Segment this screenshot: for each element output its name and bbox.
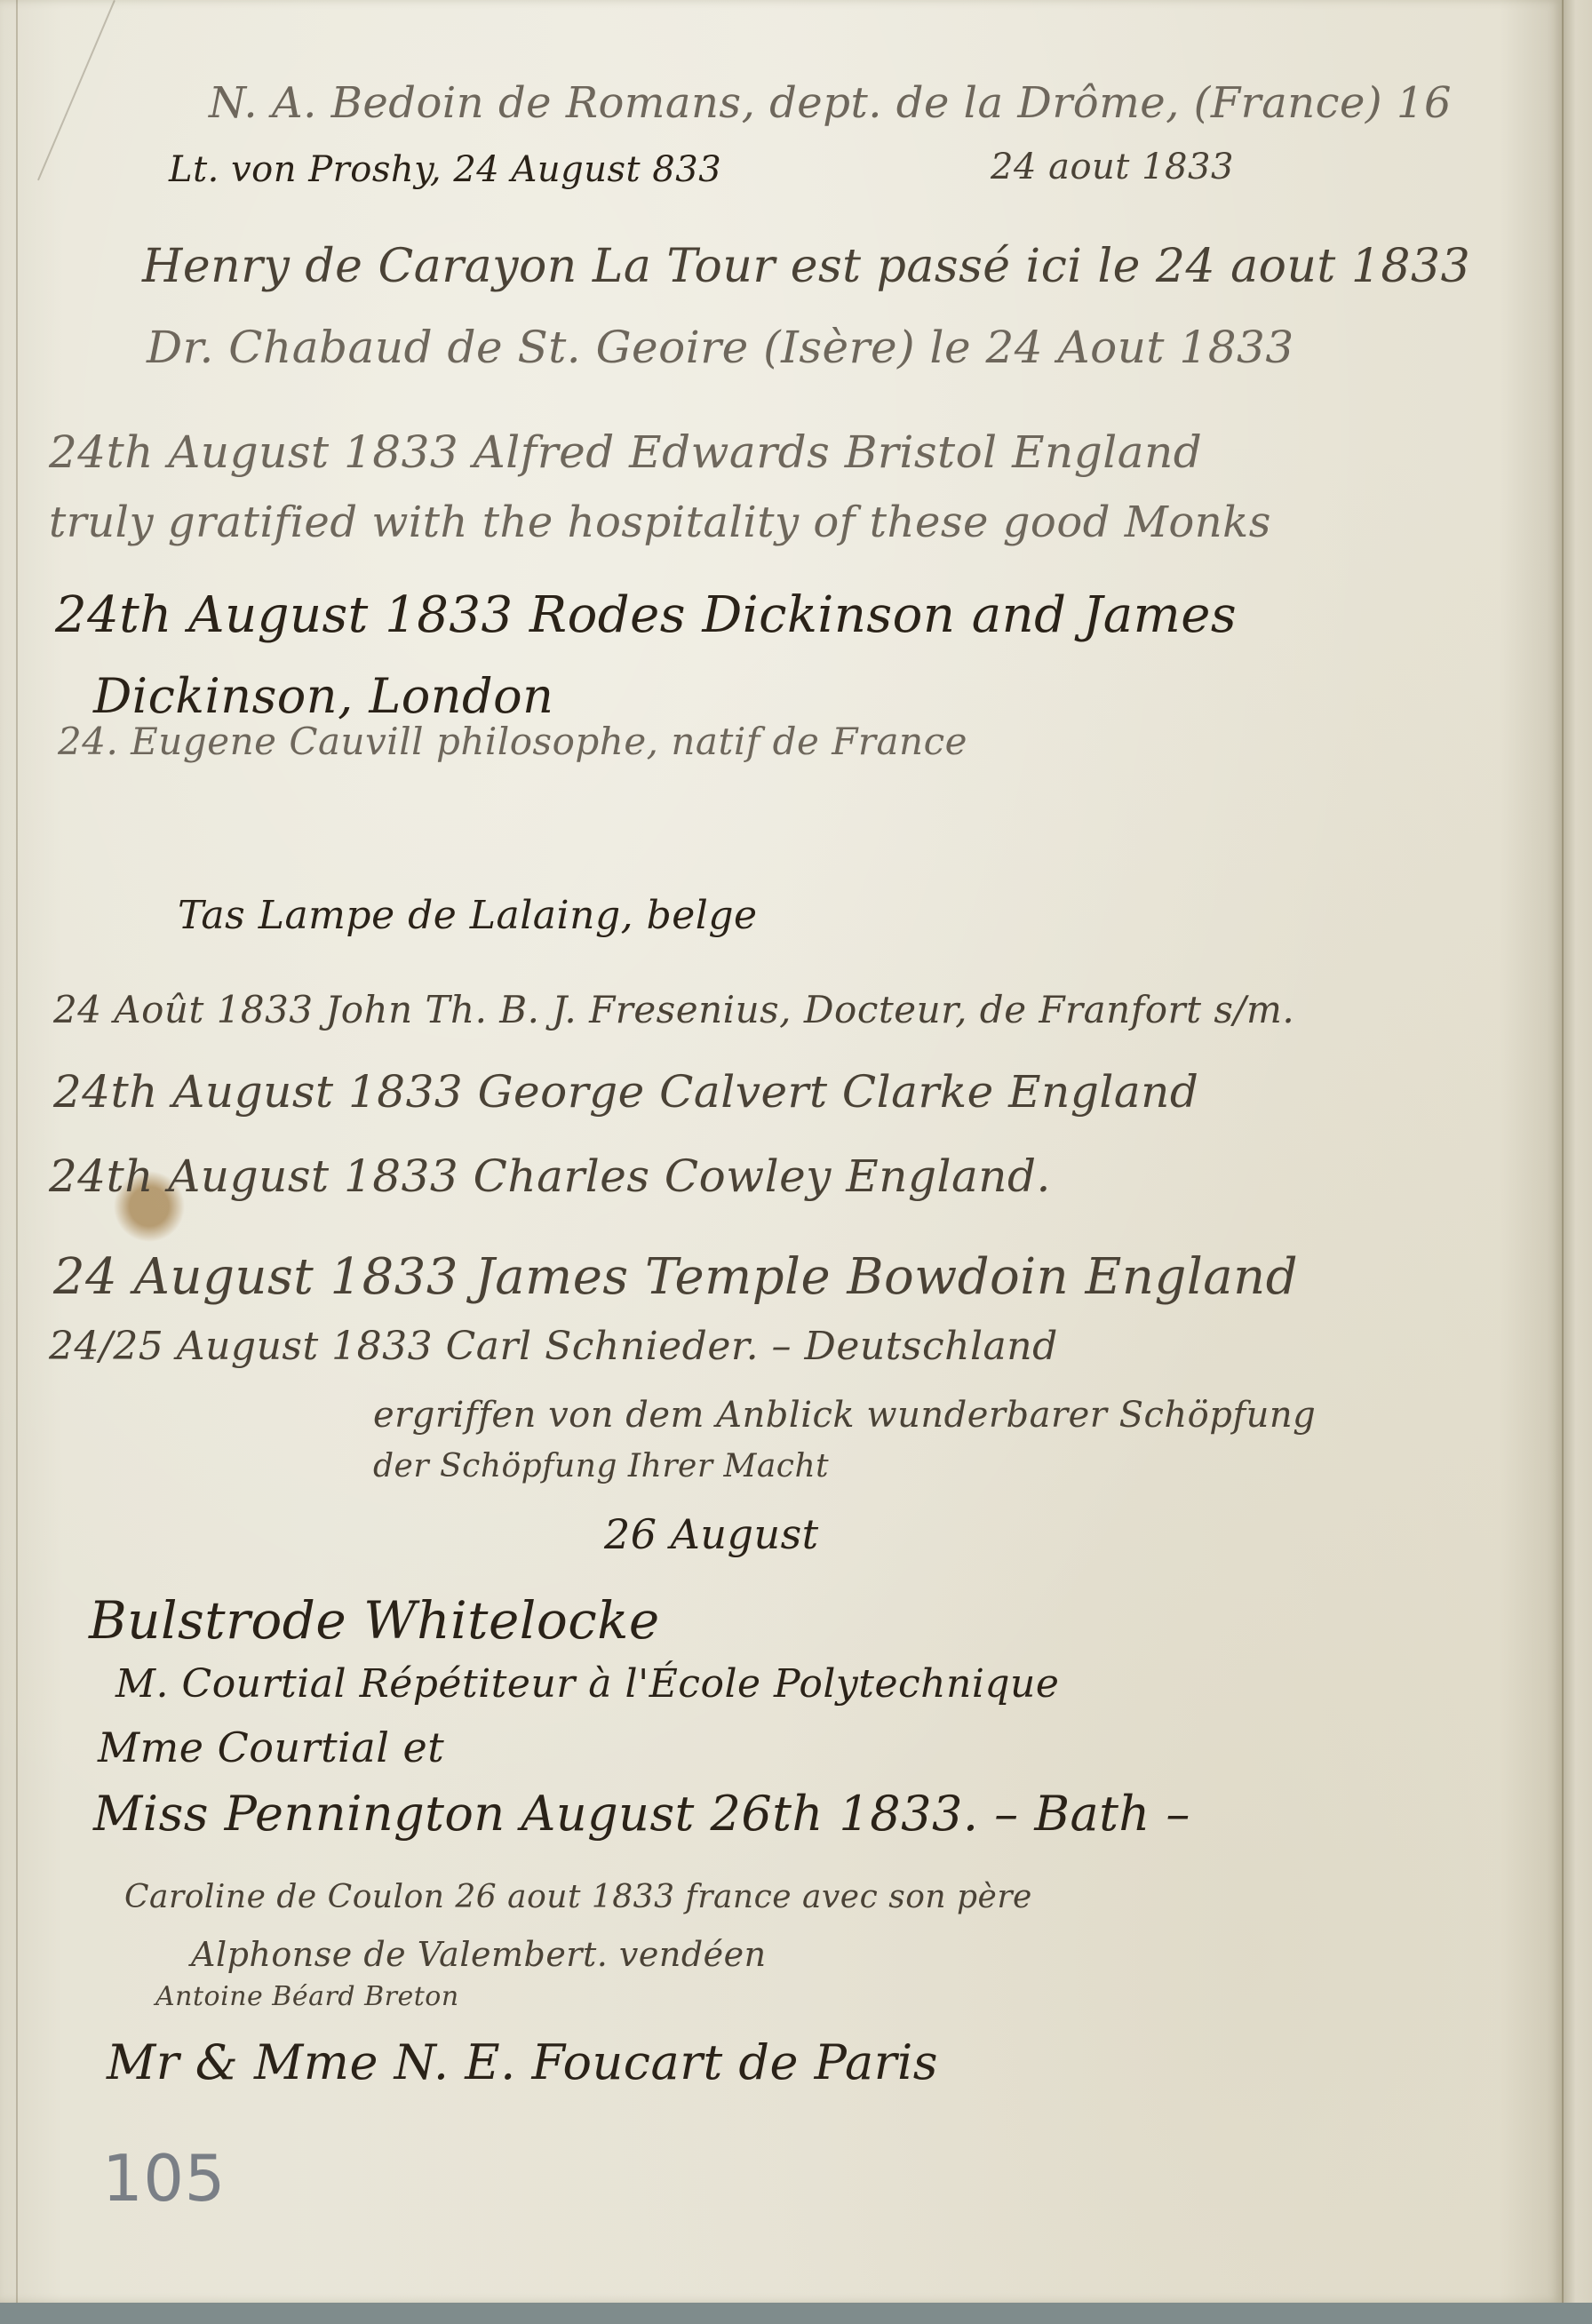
background-surface	[0, 2303, 1592, 2324]
entry-cowley: 24th August 1833 Charles Cowley England.	[49, 1150, 1051, 1202]
adjacent-page-edge	[1562, 0, 1592, 2303]
register-page: N. A. Bedoin de Romans, dept. de la Drôm…	[0, 0, 1562, 2306]
entry-dickinson-london: Dickinson, London	[93, 668, 553, 724]
entry-schnieder: 24/25 August 1833 Carl Schnieder. – Deut…	[49, 1324, 1058, 1369]
entry-foucart: Mr & Mme N. E. Foucart de Paris	[107, 2034, 938, 2090]
entry-whitelocke: Bulstrode Whitelocke	[89, 1590, 660, 1651]
entry-beard: Antoine Béard Breton	[155, 1981, 459, 2012]
entry-mme-courtial: Mme Courtial et	[98, 1723, 444, 1771]
entry-valembert: Alphonse de Valembert. vendéen	[191, 1935, 767, 1974]
entry-fresenius: 24 Août 1833 John Th. B. J. Fresenius, D…	[53, 988, 1294, 1031]
entry-cauvill: 24. Eugene Cauvill philosophe, natif de …	[58, 720, 967, 763]
entry-pennington: Miss Pennington August 26th 1833. – Bath…	[93, 1786, 1190, 1842]
entry-schnieder-note-1: ergriffen von dem Anblick wunderbarer Sc…	[373, 1395, 1316, 1436]
entry-bedoin: N. A. Bedoin de Romans, dept. de la Drôm…	[209, 78, 1452, 128]
entry-lalaing: Tas Lampe de Lalaing, belge	[178, 893, 758, 938]
entry-edwards-note: truly gratified with the hospitality of …	[49, 497, 1271, 547]
page-number: 105	[102, 2141, 226, 2216]
entry-proshy: Lt. von Proshy, 24 August 833	[169, 149, 721, 190]
entry-bedoin-date: 24 aout 1833	[991, 147, 1234, 187]
document-scan: N. A. Bedoin de Romans, dept. de la Drôm…	[0, 0, 1592, 2324]
entry-bowdoin: 24 August 1833 James Temple Bowdoin Engl…	[53, 1248, 1298, 1306]
entry-edwards: 24th August 1833 Alfred Edwards Bristol …	[49, 426, 1202, 478]
entry-carayon: Henry de Carayon La Tour est passé ici l…	[142, 240, 1470, 293]
page-corner-fold	[37, 0, 115, 180]
entry-clarke: 24th August 1833 George Calvert Clarke E…	[53, 1066, 1198, 1118]
entry-coulon: Caroline de Coulon 26 aout 1833 france a…	[124, 1879, 1032, 1915]
entry-dickinson: 24th August 1833 Rodes Dickinson and Jam…	[55, 586, 1237, 644]
entry-courtial: M. Courtial Répétiteur à l'École Polytec…	[115, 1661, 1059, 1707]
page-fold-line	[16, 0, 18, 2303]
entry-schnieder-note-2: der Schöpfung Ihrer Macht	[373, 1448, 829, 1484]
entry-chabaud: Dr. Chabaud de St. Geoire (Isère) le 24 …	[147, 322, 1294, 373]
date-heading-26-august: 26 August	[604, 1510, 819, 1558]
